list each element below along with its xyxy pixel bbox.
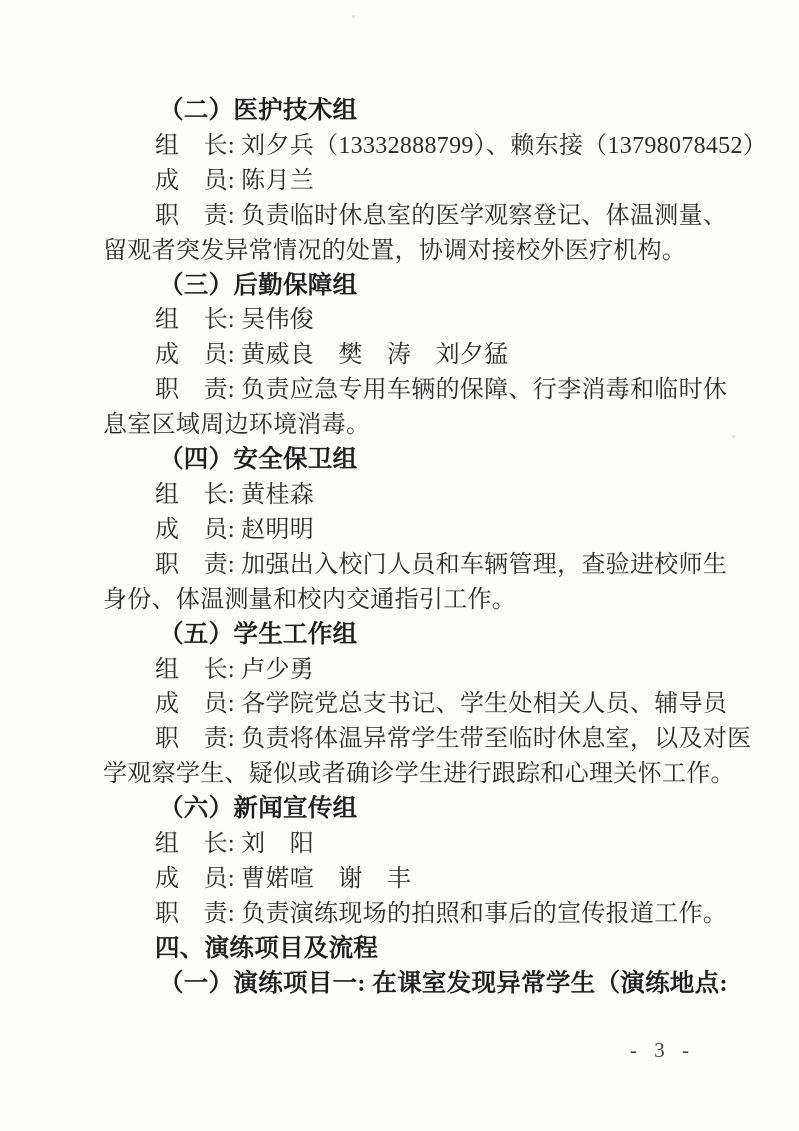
text-line: 组 长: 刘 阳 xyxy=(103,827,743,862)
text-line: 职 责: 负责演练现场的拍照和事后的宣传报道工作。 xyxy=(103,897,743,932)
section-heading: （四）安全保卫组 xyxy=(103,443,743,478)
text-line: 成 员: 曹婼喧 谢 丰 xyxy=(103,862,743,897)
document-page: （二）医护技术组组 长: 刘夕兵（13332888799）、赖东接（137980… xyxy=(0,0,799,1131)
text-line: 职 责: 负责临时休息室的医学观察登记、体温测量、 xyxy=(103,199,743,234)
text-line: 职 责: 负责应急专用车辆的保障、行李消毒和临时休 xyxy=(103,373,743,408)
section-heading: （五）学生工作组 xyxy=(103,618,743,653)
text-line: 息室区域周边环境消毒。 xyxy=(103,408,743,443)
text-line: 成 员: 陈月兰 xyxy=(103,164,743,199)
text-line: 组 长: 刘夕兵（13332888799）、赖东接（13798078452） xyxy=(103,129,743,164)
section-heading: （二）医护技术组 xyxy=(103,94,743,129)
text-line: 留观者突发异常情况的处置，协调对接校外医疗机构。 xyxy=(103,234,743,269)
page-content: （二）医护技术组组 长: 刘夕兵（13332888799）、赖东接（137980… xyxy=(103,94,743,1002)
section-heading: （六）新闻宣传组 xyxy=(103,792,743,827)
text-line: 学观察学生、疑似或者确诊学生进行跟踪和心理关怀工作。 xyxy=(103,757,743,792)
text-line: 组 长: 卢少勇 xyxy=(103,653,743,688)
text-line: 职 责: 加强出入校门人员和车辆管理，查验进校师生 xyxy=(103,548,743,583)
section-heading: （一）演练项目一: 在课室发现异常学生（演练地点: xyxy=(103,967,743,1002)
text-line: 成 员: 各学院党总支书记、学生处相关人员、辅导员 xyxy=(103,687,743,722)
page-number: - 3 - xyxy=(630,1038,695,1063)
text-line: 成 员: 赵明明 xyxy=(103,513,743,548)
text-line: 组 长: 吴伟俊 xyxy=(103,303,743,338)
text-line: 职 责: 负责将体温异常学生带至临时休息室，以及对医 xyxy=(103,722,743,757)
text-line: 成 员: 黄威良 樊 涛 刘夕猛 xyxy=(103,338,743,373)
section-heading: 四、演练项目及流程 xyxy=(103,932,743,967)
section-heading: （三）后勤保障组 xyxy=(103,269,743,304)
text-line: 身份、体温测量和校内交通指引工作。 xyxy=(103,583,743,618)
text-line: 组 长: 黄桂森 xyxy=(103,478,743,513)
